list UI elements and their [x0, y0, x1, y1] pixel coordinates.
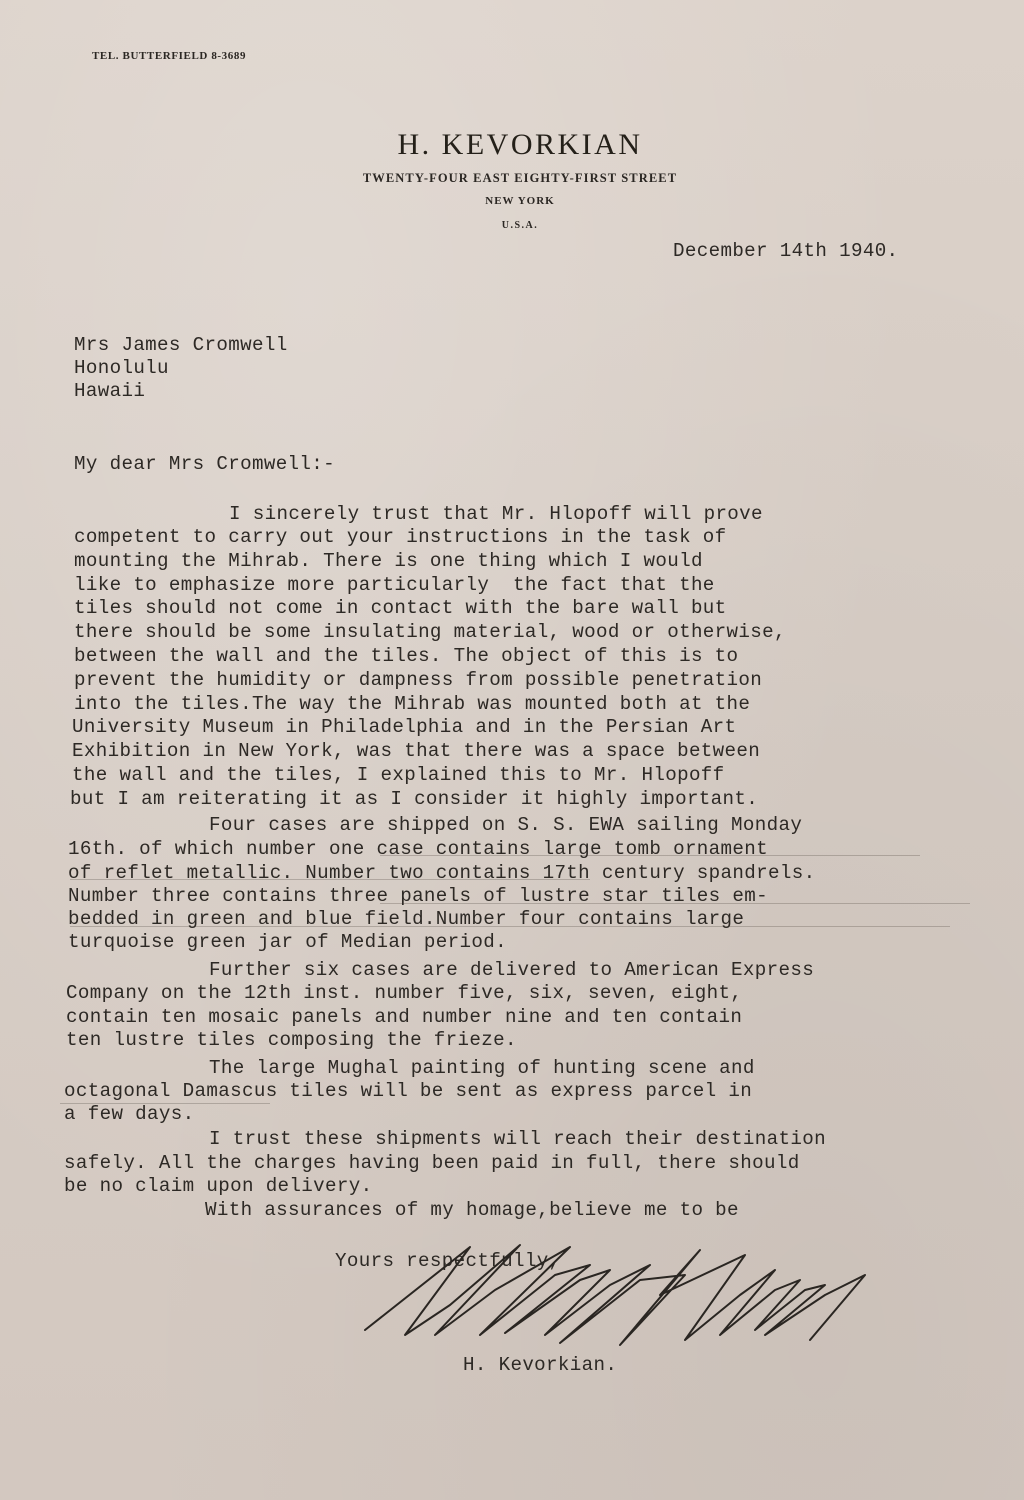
- body-line: of reflet metallic. Number two contains …: [68, 862, 815, 884]
- body-line: tiles should not come in contact with th…: [74, 597, 727, 619]
- body-line: competent to carry out your instructions…: [74, 526, 727, 548]
- body-line: ten lustre tiles composing the frieze.: [66, 1029, 517, 1051]
- body-line: contain ten mosaic panels and number nin…: [66, 1006, 742, 1028]
- body-line: a few days.: [64, 1103, 195, 1125]
- body-line: between the wall and the tiles. The obje…: [74, 645, 738, 667]
- letterhead-name: H. KEVORKIAN: [0, 128, 1024, 162]
- letterhead-country: U.S.A.: [0, 220, 1024, 231]
- body-line: With assurances of my homage,believe me …: [205, 1199, 739, 1221]
- body-line: University Museum in Philadelphia and in…: [72, 716, 736, 738]
- letterhead-telephone: TEL. BUTTERFIELD 8-3689: [92, 50, 246, 62]
- body-line: turquoise green jar of Median period.: [68, 931, 507, 953]
- body-line: Exhibition in New York, was that there w…: [72, 740, 760, 762]
- recipient-city: Honolulu: [74, 357, 169, 379]
- recipient-state: Hawaii: [74, 380, 145, 402]
- body-line: 16th. of which number one case contains …: [68, 838, 768, 860]
- body-line: I trust these shipments will reach their…: [209, 1128, 826, 1150]
- body-line: Further six cases are delivered to Ameri…: [209, 959, 814, 981]
- body-line: mounting the Mihrab. There is one thing …: [74, 550, 703, 572]
- body-line: but I am reiterating it as I consider it…: [70, 788, 758, 810]
- pencil-mark: [380, 903, 970, 904]
- body-line: Four cases are shipped on S. S. EWA sail…: [209, 814, 802, 836]
- letter-date: December 14th 1940.: [673, 240, 898, 262]
- body-line: octagonal Damascus tiles will be sent as…: [64, 1080, 752, 1102]
- pencil-mark: [70, 926, 950, 927]
- body-line: prevent the humidity or dampness from po…: [74, 669, 762, 691]
- handwritten-signature: [355, 1235, 875, 1355]
- body-line: like to emphasize more particularly the …: [74, 574, 715, 596]
- pencil-mark: [60, 1103, 270, 1104]
- pencil-mark: [380, 855, 920, 856]
- body-line: there should be some insulating material…: [74, 621, 786, 643]
- body-line: The large Mughal painting of hunting sce…: [209, 1057, 755, 1079]
- body-line: into the tiles.The way the Mihrab was mo…: [74, 693, 750, 715]
- pencil-mark: [70, 879, 590, 880]
- body-line: safely. All the charges having been paid…: [64, 1152, 800, 1174]
- salutation: My dear Mrs Cromwell:-: [74, 453, 335, 475]
- signatory-name: H. Kevorkian.: [463, 1354, 617, 1376]
- recipient-name: Mrs James Cromwell: [74, 334, 288, 356]
- body-line: Company on the 12th inst. number five, s…: [66, 982, 742, 1004]
- letterhead-street: TWENTY-FOUR EAST EIGHTY-FIRST STREET: [0, 171, 1024, 186]
- body-line: the wall and the tiles, I explained this…: [72, 764, 725, 786]
- body-line: be no claim upon delivery.: [64, 1175, 372, 1197]
- body-line: I sincerely trust that Mr. Hlopoff will …: [229, 503, 763, 525]
- letterhead-city: NEW YORK: [0, 195, 1024, 207]
